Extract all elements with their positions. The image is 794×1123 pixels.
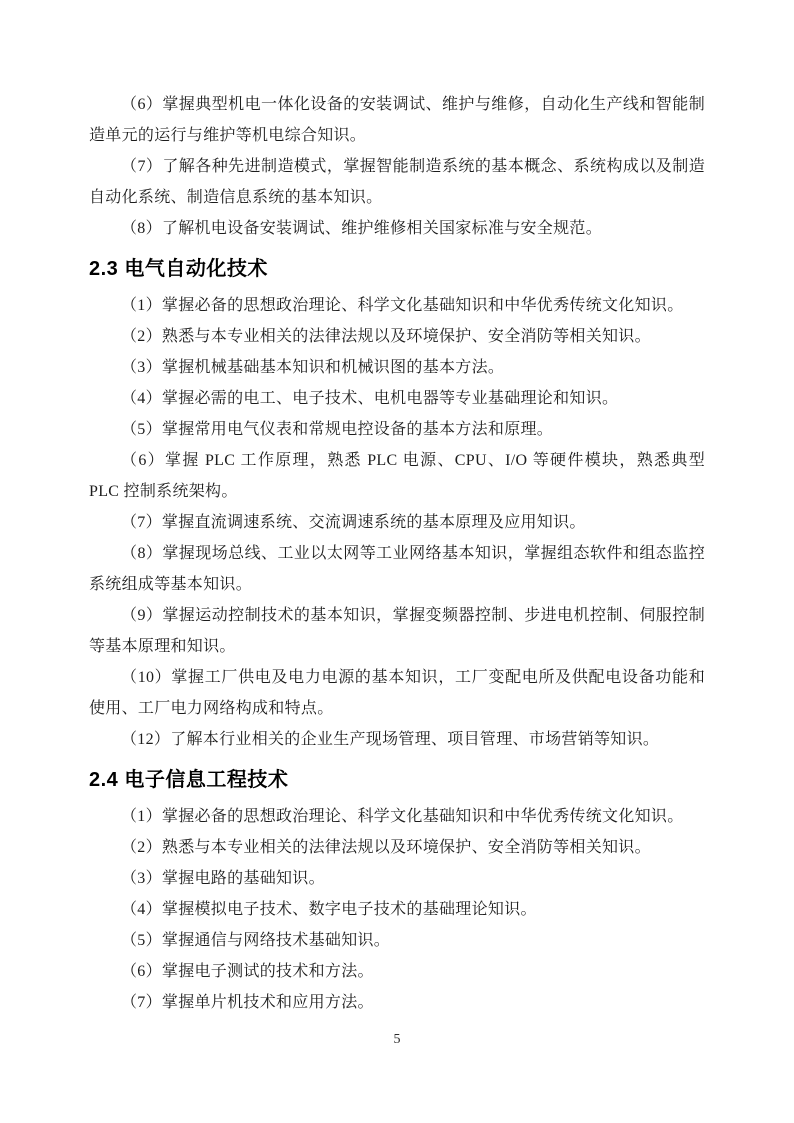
list-item: （6）掌握 PLC 工作原理，熟悉 PLC 电源、CPU、I/O 等硬件模块，熟… <box>89 445 705 507</box>
section-heading: 2.3 电气自动化技术 <box>89 252 705 286</box>
list-item: （5）掌握通信与网络技术基础知识。 <box>89 925 705 956</box>
list-item: （6）掌握典型机电一体化设备的安装调试、维护与维修，自动化生产线和智能制造单元的… <box>89 89 705 151</box>
list-item: （5）掌握常用电气仪表和常规电控设备的基本方法和原理。 <box>89 414 705 445</box>
list-item: （3）掌握机械基础基本知识和机械识图的基本方法。 <box>89 352 705 383</box>
section-2-3: 2.3 电气自动化技术 （1）掌握必备的思想政治理论、科学文化基础知识和中华优秀… <box>89 252 705 755</box>
list-item: （6）掌握电子测试的技术和方法。 <box>89 956 705 987</box>
list-item: （2）熟悉与本专业相关的法律法规以及环境保护、安全消防等相关知识。 <box>89 832 705 863</box>
list-item: （3）掌握电路的基础知识。 <box>89 863 705 894</box>
list-item: （2）熟悉与本专业相关的法律法规以及环境保护、安全消防等相关知识。 <box>89 321 705 352</box>
list-item: （7）掌握直流调速系统、交流调速系统的基本原理及应用知识。 <box>89 507 705 538</box>
document-page: （6）掌握典型机电一体化设备的安装调试、维护与维修，自动化生产线和智能制造单元的… <box>0 0 794 1123</box>
list-item: （4）掌握必需的电工、电子技术、电机电器等专业基础理论和知识。 <box>89 383 705 414</box>
section-2-4: 2.4 电子信息工程技术 （1）掌握必备的思想政治理论、科学文化基础知识和中华优… <box>89 763 705 1018</box>
list-item: （9）掌握运动控制技术的基本知识，掌握变频器控制、步进电机控制、伺服控制等基本原… <box>89 600 705 662</box>
section-heading: 2.4 电子信息工程技术 <box>89 763 705 797</box>
page-content: （6）掌握典型机电一体化设备的安装调试、维护与维修，自动化生产线和智能制造单元的… <box>0 0 794 1050</box>
list-item: （12）了解本行业相关的企业生产现场管理、项目管理、市场营销等知识。 <box>89 724 705 755</box>
list-item: （10）掌握工厂供电及电力电源的基本知识，工厂变配电所及供配电设备功能和使用、工… <box>89 662 705 724</box>
list-item: （7）了解各种先进制造模式，掌握智能制造系统的基本概念、系统构成以及制造自动化系… <box>89 151 705 213</box>
list-item: （7）掌握单片机技术和应用方法。 <box>89 987 705 1018</box>
list-item: （1）掌握必备的思想政治理论、科学文化基础知识和中华优秀传统文化知识。 <box>89 801 705 832</box>
list-item: （1）掌握必备的思想政治理论、科学文化基础知识和中华优秀传统文化知识。 <box>89 290 705 321</box>
list-item: （4）掌握模拟电子技术、数字电子技术的基础理论知识。 <box>89 894 705 925</box>
list-item: （8）了解机电设备安装调试、维护维修相关国家标准与安全规范。 <box>89 213 705 244</box>
page-number: 5 <box>89 1030 705 1050</box>
section-2-2-continuation: （6）掌握典型机电一体化设备的安装调试、维护与维修，自动化生产线和智能制造单元的… <box>89 89 705 244</box>
list-item: （8）掌握现场总线、工业以太网等工业网络基本知识，掌握组态软件和组态监控系统组成… <box>89 538 705 600</box>
